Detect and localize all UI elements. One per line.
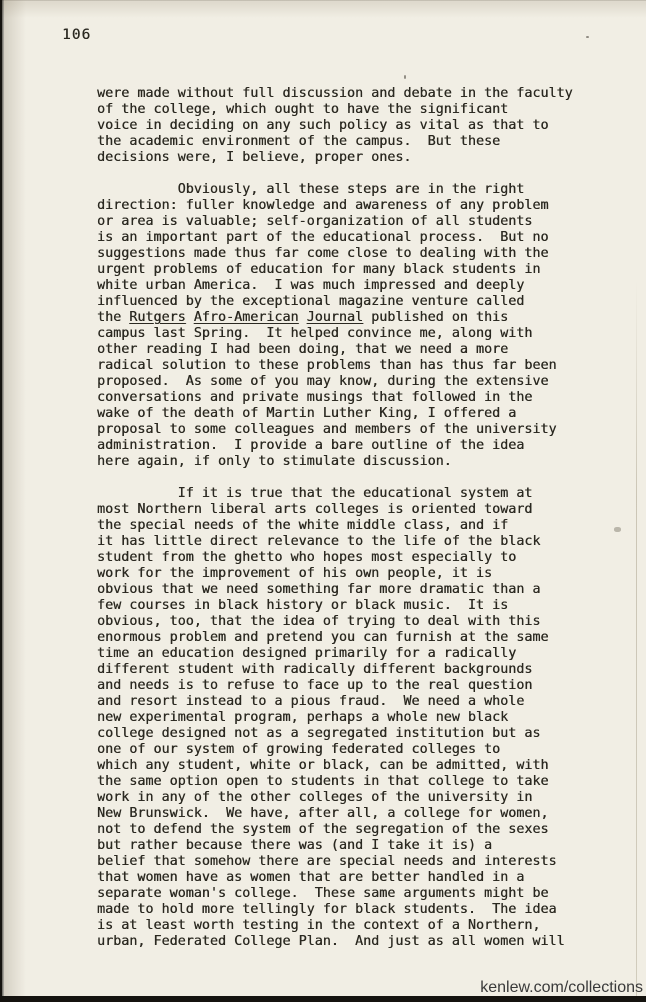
- text-line: If it is true that the educational syste…: [97, 486, 597, 502]
- text-line: which any student, white or black, can b…: [97, 758, 597, 774]
- text-line: it has little direct relevance to the li…: [97, 534, 597, 550]
- text-line: of the college, which ought to have the …: [97, 102, 597, 118]
- text-line: white urban America. I was much impresse…: [97, 278, 597, 294]
- text-segment: [186, 310, 194, 325]
- text-line: obvious that we need something far more …: [97, 582, 597, 598]
- text-line: college designed not as a segregated ins…: [97, 726, 597, 742]
- text-line: and resort instead to a pious fraud. We …: [97, 694, 597, 710]
- underlined-text: Rutgers: [129, 310, 185, 325]
- text-line: proposal to some colleagues and members …: [97, 422, 597, 438]
- text-line: direction: fuller knowledge and awarenes…: [97, 198, 597, 214]
- text-line: urgent problems of education for many bl…: [97, 262, 597, 278]
- underlined-text: Journal: [307, 310, 363, 325]
- text-line: one of our system of growing federated c…: [97, 742, 597, 758]
- text-line: that women have as women that are better…: [97, 870, 597, 886]
- paragraph: Obviously, all these steps are in the ri…: [97, 182, 597, 470]
- text-line: obvious, too, that the idea of trying to…: [97, 614, 597, 630]
- paragraph: If it is true that the educational syste…: [97, 486, 597, 950]
- text-line: different student with radically differe…: [97, 662, 597, 678]
- text-line: the Rutgers Afro-American Journal publis…: [97, 310, 597, 326]
- text-line: wake of the death of Martin Luther King,…: [97, 406, 597, 422]
- page-crease: [636, 280, 637, 1002]
- text-line: administration. I provide a bare outline…: [97, 438, 597, 454]
- text-line: and needs is to refuse to face up to the…: [97, 678, 597, 694]
- text-segment: [299, 310, 307, 325]
- text-line: new experimental program, perhaps a whol…: [97, 710, 597, 726]
- text-line: most Northern liberal arts colleges is o…: [97, 502, 597, 518]
- text-line: work in any of the other colleges of the…: [97, 790, 597, 806]
- text-line: few courses in black history or black mu…: [97, 598, 597, 614]
- text-line: is an important part of the educational …: [97, 230, 597, 246]
- page-edge-top: [0, 0, 646, 18]
- text-line: were made without full discussion and de…: [97, 86, 597, 102]
- text-line: Obviously, all these steps are in the ri…: [97, 182, 597, 198]
- underlined-text: Afro-American: [194, 310, 299, 325]
- text-line: here again, if only to stimulate discuss…: [97, 454, 597, 470]
- text-line: conversations and private musings that f…: [97, 390, 597, 406]
- text-line: proposed. As some of you may know, durin…: [97, 374, 597, 390]
- page-number: 106: [62, 27, 91, 43]
- text-line: separate woman's college. These same arg…: [97, 886, 597, 902]
- text-line: student from the ghetto who hopes most e…: [97, 550, 597, 566]
- text-line: time an education designed primarily for…: [97, 646, 597, 662]
- text-segment: the: [97, 310, 129, 325]
- text-line: urban, Federated College Plan. And just …: [97, 934, 597, 950]
- text-line: but rather because there was (and I take…: [97, 838, 597, 854]
- text-line: work for the improvement of his own peop…: [97, 566, 597, 582]
- document-body: were made without full discussion and de…: [97, 86, 597, 966]
- page-edge-left-shadow: [4, 0, 26, 1002]
- text-line: belief that somehow there are special ne…: [97, 854, 597, 870]
- text-line: New Brunswick. We have, after all, a col…: [97, 806, 597, 822]
- text-line: decisions were, I believe, proper ones.: [97, 150, 597, 166]
- text-line: the academic environment of the campus. …: [97, 134, 597, 150]
- scan-speck: [614, 527, 621, 532]
- watermark: kenlew.com/collections: [480, 979, 643, 997]
- text-line: enormous problem and pretend you can fur…: [97, 630, 597, 646]
- text-segment: published on this: [363, 310, 508, 325]
- text-line: other reading I had been doing, that we …: [97, 342, 597, 358]
- text-line: influenced by the exceptional magazine v…: [97, 294, 597, 310]
- text-line: made to hold more tellingly for black st…: [97, 902, 597, 918]
- text-line: or area is valuable; self-organization o…: [97, 214, 597, 230]
- scan-speck: [404, 75, 406, 79]
- scan-speck: [586, 36, 589, 38]
- text-line: the same option open to students in that…: [97, 774, 597, 790]
- scanned-page: 106 were made without full discussion an…: [0, 0, 646, 1002]
- paragraph: were made without full discussion and de…: [97, 86, 597, 166]
- page-edge-left: [0, 0, 4, 1002]
- text-line: is at least worth testing in the context…: [97, 918, 597, 934]
- text-line: voice in deciding on any such policy as …: [97, 118, 597, 134]
- text-line: the special needs of the white middle cl…: [97, 518, 597, 534]
- text-line: campus last Spring. It helped convince m…: [97, 326, 597, 342]
- text-line: suggestions made thus far come close to …: [97, 246, 597, 262]
- text-line: not to defend the system of the segregat…: [97, 822, 597, 838]
- text-line: radical solution to these problems than …: [97, 358, 597, 374]
